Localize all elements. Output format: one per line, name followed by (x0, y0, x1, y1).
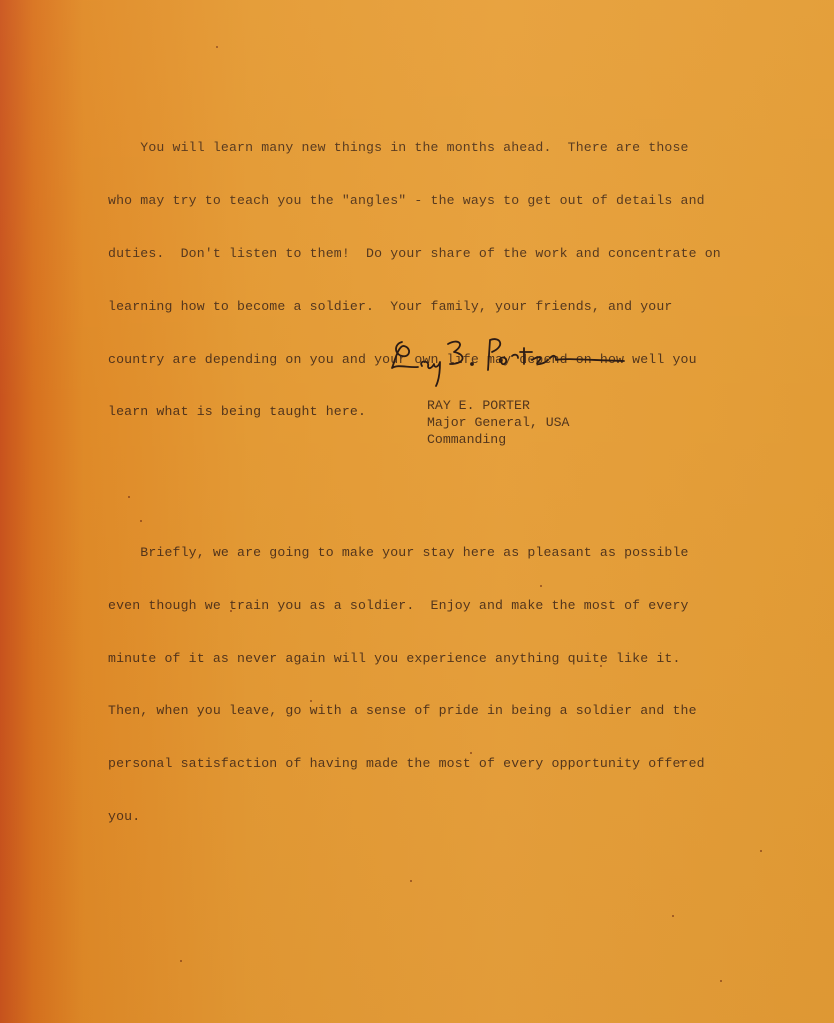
paper-speck (672, 915, 674, 917)
paper-speck (230, 610, 232, 612)
paper-speck (128, 496, 130, 498)
signer-role: Commanding (427, 431, 569, 448)
handwritten-signature (388, 334, 638, 390)
text-line: personal satisfaction of having made the… (108, 755, 788, 773)
text-line: even though we train you as a soldier. E… (108, 597, 788, 615)
letter-page: You will learn many new things in the mo… (0, 0, 834, 1023)
text-line: minute of it as never again will you exp… (108, 650, 788, 668)
signer-name: RAY E. PORTER (427, 397, 569, 414)
text-line: duties. Don't listen to them! Do your sh… (108, 245, 788, 263)
paper-speck (760, 850, 762, 852)
paper-speck (410, 880, 412, 882)
text-line: Then, when you leave, go with a sense of… (108, 702, 788, 720)
signature-block: RAY E. PORTER Major General, USA Command… (427, 397, 569, 449)
paper-speck (310, 700, 312, 702)
paper-speck (180, 960, 182, 962)
text-line: you. (108, 808, 788, 826)
paragraph-2: Briefly, we are going to make your stay … (108, 509, 788, 861)
paper-speck (720, 980, 722, 982)
paper-speck (540, 585, 542, 587)
paper-speck (600, 665, 602, 667)
text-line: learning how to become a soldier. Your f… (108, 298, 788, 316)
text-line: Briefly, we are going to make your stay … (108, 544, 788, 562)
letter-body: You will learn many new things in the mo… (108, 69, 788, 914)
paper-speck (470, 752, 472, 754)
text-line: who may try to teach you the "angles" - … (108, 192, 788, 210)
paper-speck (680, 760, 682, 762)
signer-title: Major General, USA (427, 414, 569, 431)
paper-speck (140, 520, 142, 522)
text-line: You will learn many new things in the mo… (108, 139, 788, 157)
paper-speck (216, 46, 218, 48)
